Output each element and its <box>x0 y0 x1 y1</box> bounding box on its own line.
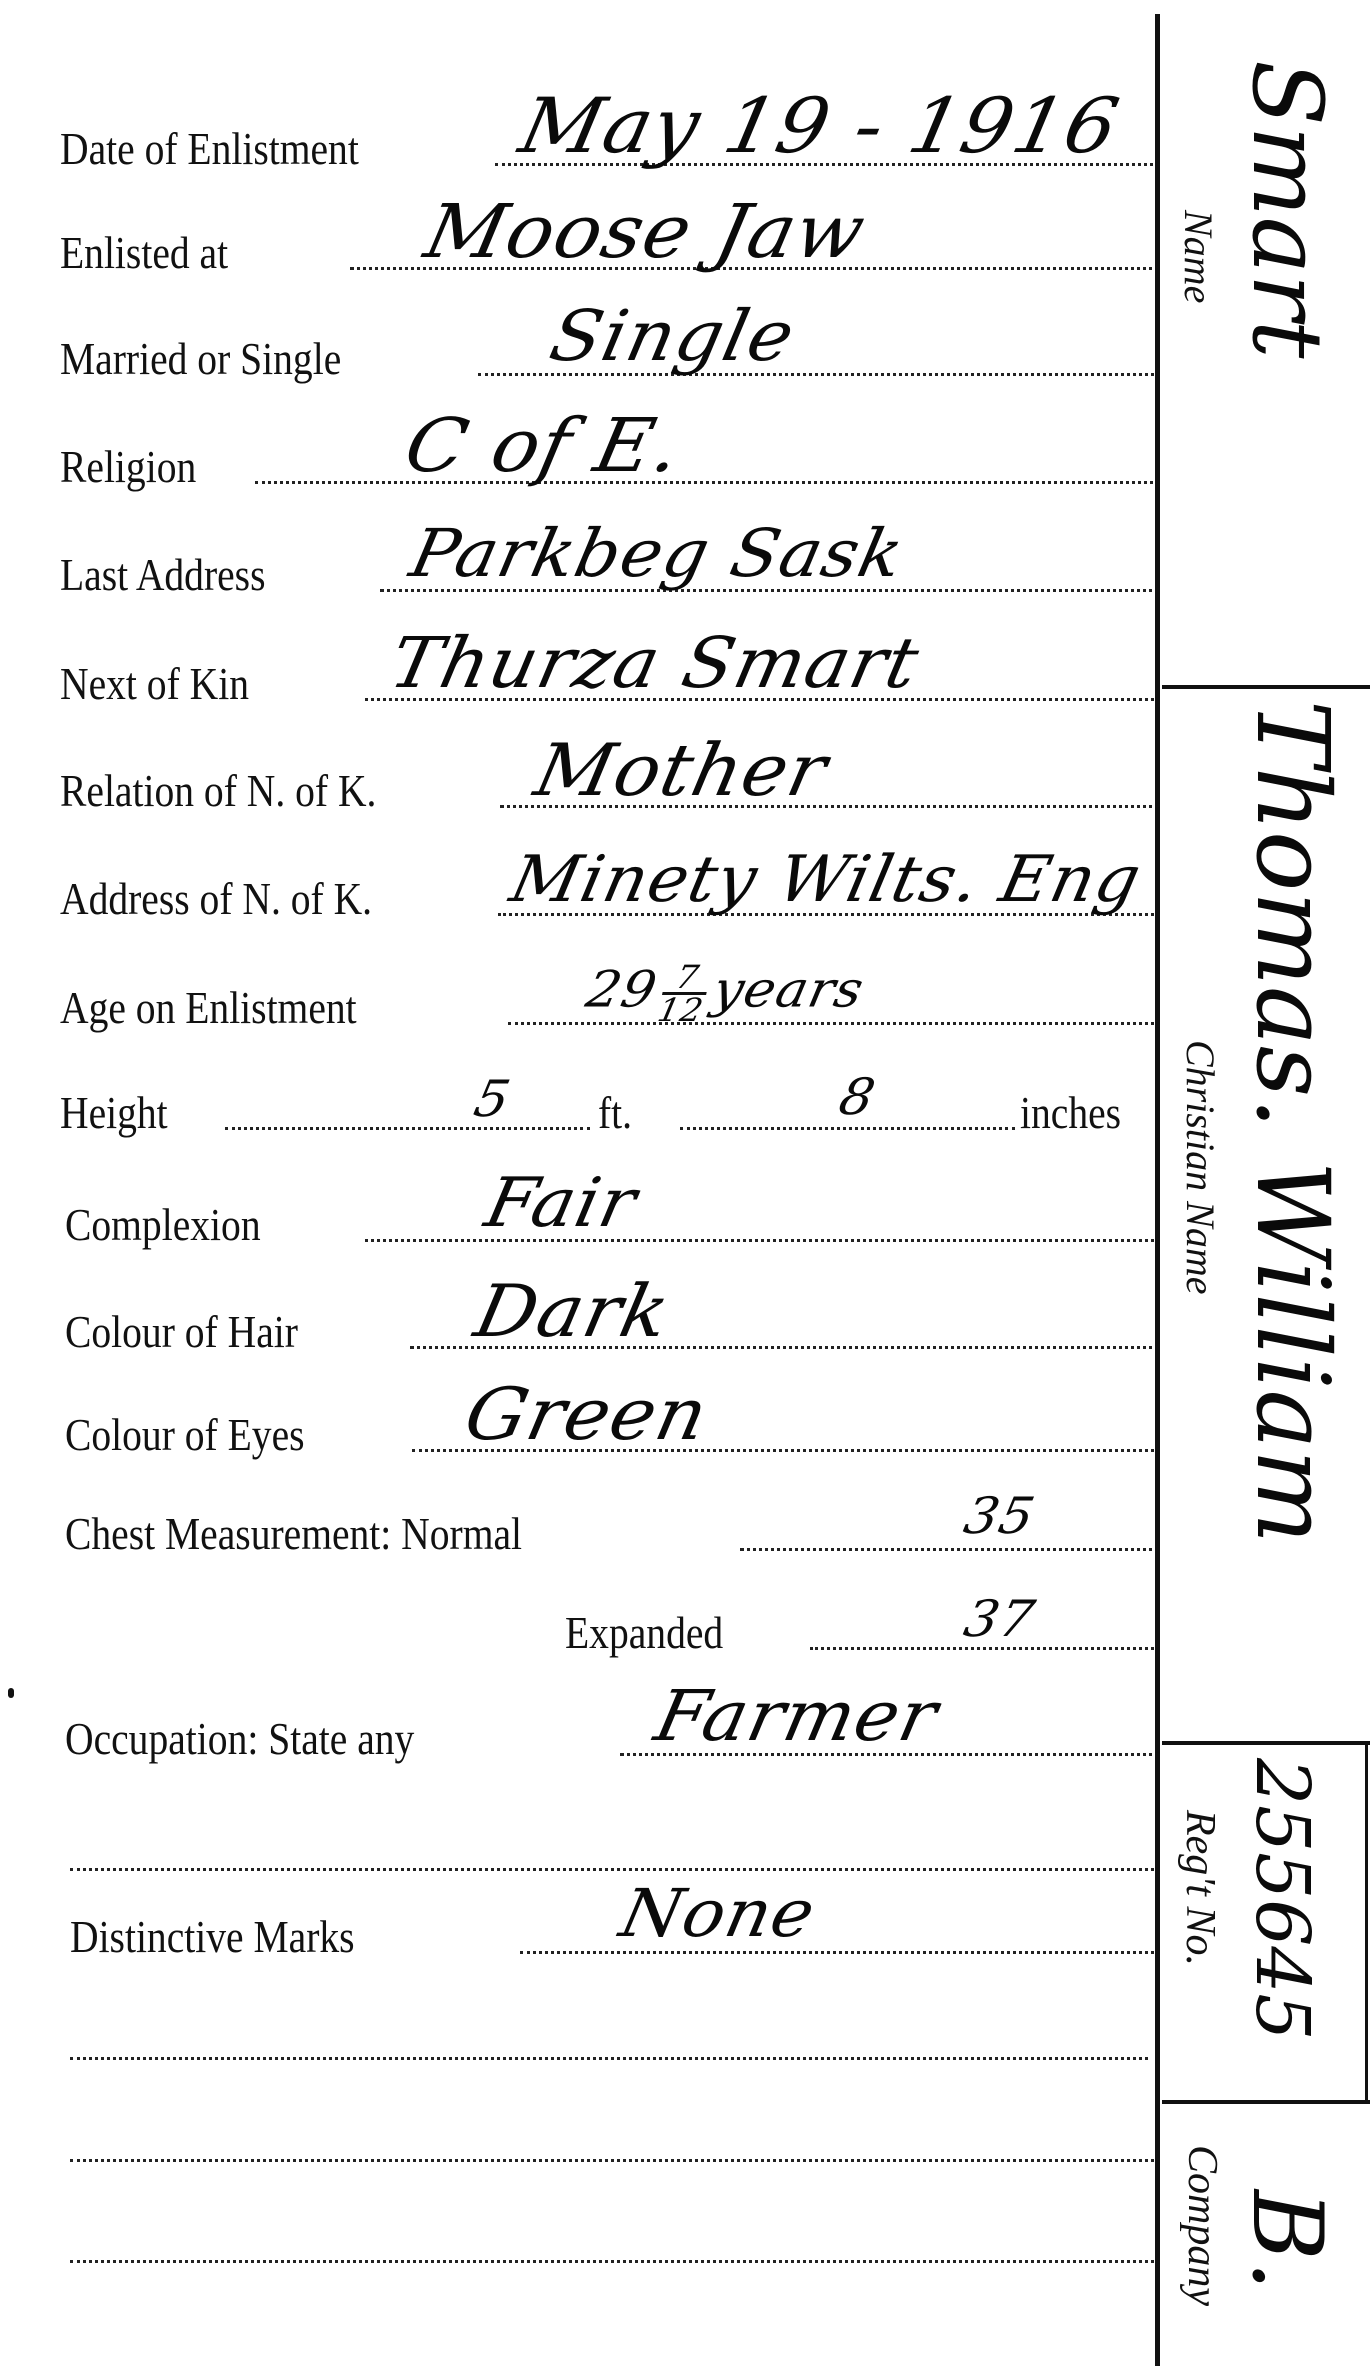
handwritten-value: C of E. <box>400 414 687 478</box>
field-relation-of-nok: Relation of N. of K. Mother <box>0 734 1160 814</box>
age-fraction-numerator: 7 <box>662 962 713 992</box>
ink-speck <box>8 1688 14 1698</box>
handwritten-value: Thurza Smart <box>385 631 924 695</box>
fill-line <box>225 1127 590 1130</box>
fill-line <box>740 1548 1160 1551</box>
fill-line <box>70 2159 1160 2162</box>
field-enlisted-at: Enlisted at Moose Jaw <box>0 196 1160 276</box>
handwritten-value: 29712years <box>580 962 869 1025</box>
age-unit: years <box>708 961 870 1019</box>
field-label: Last Address <box>60 552 265 598</box>
handwritten-value: None <box>615 1882 821 1946</box>
field-age-on-enlistment: Age on Enlistment 29712years <box>0 951 1160 1031</box>
height-feet-unit: ft. <box>598 1090 632 1136</box>
fill-line <box>680 1127 1015 1130</box>
field-distinctive-marks-line-4 <box>0 2189 1160 2269</box>
field-label: Religion <box>60 444 196 490</box>
regt-no-label: Reg't No. <box>1180 1810 1220 1966</box>
field-label: Expanded <box>565 1610 723 1656</box>
field-chest-expanded: Expanded 37 <box>0 1576 1160 1656</box>
christian-name-value: Thomas. William <box>1249 700 1335 1544</box>
handwritten-value: May 19 - 1916 <box>515 94 1124 158</box>
field-label: Occupation: State any <box>65 1716 414 1762</box>
field-label: Chest Measurement: Normal <box>65 1511 522 1557</box>
christian-name-label: Christian Name <box>1180 1040 1220 1294</box>
field-label: Date of Enlistment <box>60 126 359 172</box>
field-label: Height <box>60 1090 168 1136</box>
field-address-of-nok: Address of N. of K. Minety Wilts. Eng <box>0 842 1160 922</box>
height-feet-value: 5 <box>470 1074 515 1124</box>
field-distinctive-marks-line-2 <box>0 1986 1160 2066</box>
field-label: Relation of N. of K. <box>60 768 376 814</box>
handwritten-value: 37 <box>960 1594 1040 1644</box>
age-years-whole: 29 <box>581 961 662 1019</box>
attestation-card: Date of Enlistment May 19 - 1916 Enliste… <box>0 0 1370 2366</box>
fill-line <box>70 2057 1148 2060</box>
regt-no-value: 255645 <box>1239 1758 1325 2041</box>
height-inches-unit: inches <box>1020 1090 1121 1136</box>
company-value: B. <box>1244 2190 1330 2291</box>
handwritten-value: 35 <box>960 1491 1040 1541</box>
fill-line <box>255 481 1160 484</box>
handwritten-value: Farmer <box>650 1684 943 1748</box>
column-divider <box>1155 14 1160 2366</box>
field-married-or-single: Married or Single Single <box>0 302 1160 382</box>
regt-box-right-border <box>1365 1741 1368 2103</box>
handwritten-value: Mother <box>530 738 833 802</box>
field-label: Distinctive Marks <box>70 1914 355 1960</box>
section-divider-name <box>1162 685 1370 689</box>
handwritten-value: Minety Wilts. Eng <box>505 848 1147 912</box>
field-religion: Religion C of E. <box>0 410 1160 490</box>
field-label: Colour of Eyes <box>65 1412 305 1458</box>
name-value: Smart <box>1244 60 1330 359</box>
handwritten-value: Parkbeg Sask <box>405 522 909 586</box>
field-height: Height 5 ft. 8 inches <box>0 1056 1160 1136</box>
field-colour-of-eyes: Colour of Eyes Green <box>0 1378 1160 1458</box>
field-distinctive-marks: Distinctive Marks None <box>0 1880 1160 1960</box>
field-label: Complexion <box>65 1202 261 1248</box>
field-colour-of-hair: Colour of Hair Dark <box>0 1275 1160 1355</box>
field-last-address: Last Address Parkbeg Sask <box>0 518 1160 598</box>
field-distinctive-marks-line-3 <box>0 2088 1160 2168</box>
section-divider-regt-no <box>1162 2100 1370 2104</box>
field-label: Address of N. of K. <box>60 876 372 922</box>
field-label: Next of Kin <box>60 661 249 707</box>
height-inches-value: 8 <box>835 1072 880 1122</box>
fill-line <box>70 2260 1160 2263</box>
company-label: Company <box>1182 2145 1222 2306</box>
age-fraction: 712 <box>655 962 713 1025</box>
field-label: Married or Single <box>60 336 341 382</box>
field-complexion: Complexion Fair <box>0 1168 1160 1248</box>
handwritten-value: Fair <box>480 1172 642 1236</box>
field-occupation: Occupation: State any Farmer <box>0 1682 1160 1762</box>
field-date-of-enlistment: Date of Enlistment May 19 - 1916 <box>0 92 1160 172</box>
fill-line <box>70 1868 1160 1871</box>
field-label: Colour of Hair <box>65 1309 298 1355</box>
handwritten-value: Dark <box>470 1279 675 1343</box>
section-divider-christian-name <box>1162 1741 1370 1745</box>
field-label: Enlisted at <box>60 230 228 276</box>
handwritten-value: Green <box>460 1382 714 1446</box>
name-label: Name <box>1178 210 1218 303</box>
field-occupation-continued <box>0 1797 1160 1877</box>
field-label: Age on Enlistment <box>60 985 357 1031</box>
handwritten-value: Single <box>545 304 800 368</box>
handwritten-value: Moose Jaw <box>420 200 871 264</box>
age-fraction-denominator: 12 <box>655 992 707 1025</box>
field-chest-normal: Chest Measurement: Normal 35 <box>0 1477 1160 1557</box>
field-next-of-kin: Next of Kin Thurza Smart <box>0 627 1160 707</box>
